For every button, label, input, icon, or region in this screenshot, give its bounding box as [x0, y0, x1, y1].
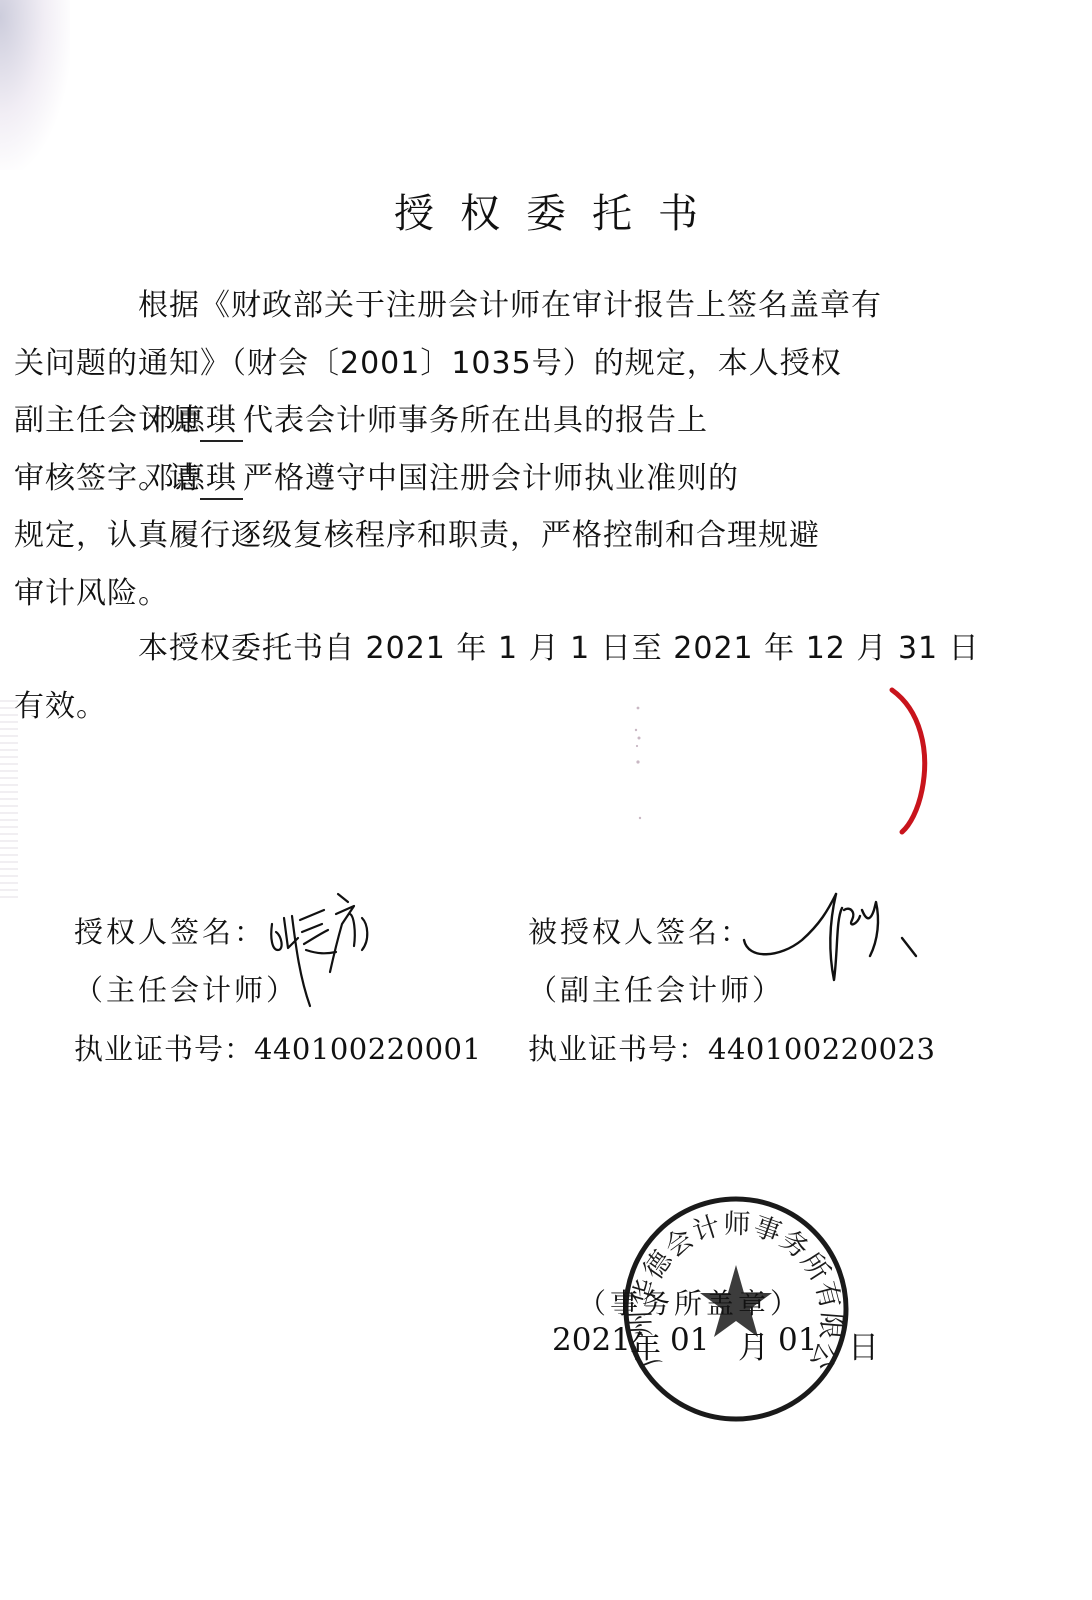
paragraph-line: 关问题的通知》（财会〔2001〕1035号）的规定，本人授权: [76, 335, 896, 393]
grantee-signature-block: 被授权人签名： （副主任会计师） 执业证书号：440100220023: [528, 900, 948, 1080]
grantor-role: （主任会计师）: [74, 968, 298, 1009]
validity-paragraph: 本授权委托书自 2021 年 1 月 1 日至 2021 年 12 月 31 日…: [76, 620, 896, 735]
grantor-signature-block: 授权人签名： （主任会计师） 执业证书号：440100220001: [74, 900, 494, 1080]
date-month-unit: 月: [738, 1322, 769, 1367]
paragraph-line: 根据《财政部关于注册会计师在审计报告上签名盖章有: [76, 277, 896, 335]
date-year: 2021: [552, 1322, 631, 1358]
paragraph-line: 审计风险。: [76, 565, 896, 623]
grantor-signature-label: 授权人签名：: [74, 910, 266, 951]
date-year-unit: 年: [630, 1322, 661, 1367]
scan-edge-shadow: [0, 0, 70, 170]
grantee-role: （副主任会计师）: [528, 968, 784, 1009]
paragraph-line: 有效。: [76, 678, 896, 736]
date-month: 01: [670, 1322, 709, 1358]
date-day: 01: [778, 1322, 817, 1358]
paragraph-line: 规定，认真履行逐级复核程序和职责，严格控制和合理规避: [76, 507, 896, 565]
cert-label: 执业证书号：: [528, 1032, 708, 1066]
paragraph-line: 审核签字。请邓惠琪严格遵守中国注册会计师执业准则的: [76, 450, 896, 508]
paragraph-text: 代表会计师事务所在出具的报告上: [243, 403, 708, 438]
grantee-name-underlined: 邓惠琪: [200, 460, 243, 500]
paragraph-text: 严格遵守中国注册会计师执业准则的: [243, 461, 739, 496]
cert-label: 执业证书号：: [74, 1032, 254, 1066]
validity-period-line: 本授权委托书自 2021 年 1 月 1 日至 2021 年 12 月 31 日: [76, 620, 896, 678]
grantee-name-underlined: 邓惠琪: [200, 402, 243, 442]
grantee-cert-row: 执业证书号：440100220023: [528, 1027, 935, 1068]
authorization-paragraph: 根据《财政部关于注册会计师在审计报告上签名盖章有 关问题的通知》（财会〔2001…: [76, 277, 896, 622]
grantee-cert-number: 440100220023: [708, 1032, 935, 1066]
grantor-cert-number: 440100220001: [254, 1032, 481, 1066]
seal-caption: （事务所盖章）: [578, 1282, 802, 1322]
grantor-cert-row: 执业证书号：440100220001: [74, 1027, 481, 1068]
paragraph-line: 副主任会计师邓惠琪代表会计师事务所在出具的报告上: [76, 392, 896, 450]
grantee-signature-label: 被授权人签名：: [528, 910, 752, 951]
document-title: 授权委托书: [0, 182, 1092, 239]
date-day-unit: 日: [848, 1322, 879, 1367]
